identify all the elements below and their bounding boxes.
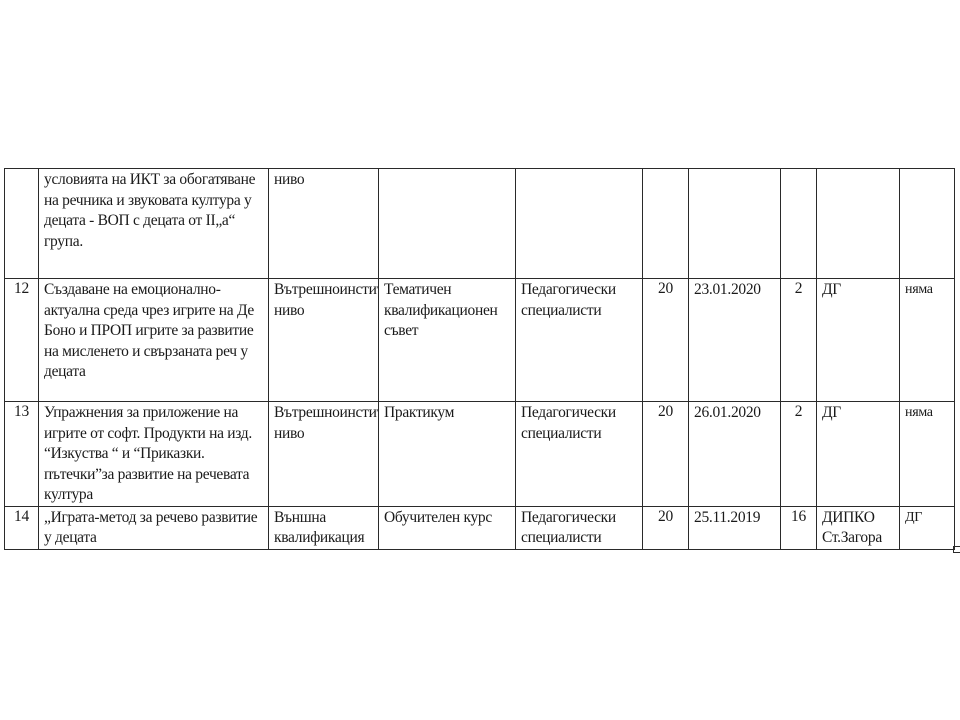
row-number: 13 <box>5 402 39 507</box>
row-number: 12 <box>5 279 39 402</box>
participants-count-cell: 20 <box>643 506 689 549</box>
table-row: 14 „Играта-метод за речево развитие у де… <box>5 506 955 549</box>
topic-cell: Създаване на емоционално-актуална среда … <box>39 279 269 402</box>
date-cell: 23.01.2020 <box>689 279 781 402</box>
hours-cell <box>781 169 817 279</box>
level-cell: Външна квалификация <box>269 506 379 549</box>
qualification-plan-table: условията на ИКТ за обогатяване на речни… <box>4 168 955 550</box>
table-resize-handle[interactable] <box>953 546 960 553</box>
audience-cell: Педагогически специалисти <box>516 506 643 549</box>
form-cell: Обучителен курс <box>379 506 516 549</box>
audience-cell: Педагогически специалисти <box>516 279 643 402</box>
date-cell: 26.01.2020 <box>689 402 781 507</box>
topic-cell: условията на ИКТ за обогатяване на речни… <box>39 169 269 279</box>
form-cell <box>379 169 516 279</box>
row-number <box>5 169 39 279</box>
topic-cell: „Играта-метод за речево развитие у децат… <box>39 506 269 549</box>
hours-cell: 2 <box>781 402 817 507</box>
funding-cell: ДГ <box>900 506 955 549</box>
row-number: 14 <box>5 506 39 549</box>
topic-cell: Упражнения за приложение на игрите от со… <box>39 402 269 507</box>
hours-cell: 16 <box>781 506 817 549</box>
funding-cell: няма <box>900 402 955 507</box>
funding-cell <box>900 169 955 279</box>
organizer-cell: ДГ <box>817 279 900 402</box>
audience-cell: Педагогически специалисти <box>516 402 643 507</box>
participants-count-cell: 20 <box>643 402 689 507</box>
organizer-cell: ДИПКО Ст.Загора <box>817 506 900 549</box>
participants-count-cell: 20 <box>643 279 689 402</box>
level-cell: Вътрешноинституционално ниво <box>269 402 379 507</box>
table-row: 12 Създаване на емоционално-актуална сре… <box>5 279 955 402</box>
funding-cell: няма <box>900 279 955 402</box>
date-cell <box>689 169 781 279</box>
level-cell: ниво <box>269 169 379 279</box>
level-cell: Вътрешноинституционално ниво <box>269 279 379 402</box>
form-cell: Практикум <box>379 402 516 507</box>
participants-count-cell <box>643 169 689 279</box>
organizer-cell <box>817 169 900 279</box>
hours-cell: 2 <box>781 279 817 402</box>
table-row: 13 Упражнения за приложение на игрите от… <box>5 402 955 507</box>
slide-page: условията на ИКТ за обогатяване на речни… <box>0 0 960 720</box>
form-cell: Тематичен квалификационен съвет <box>379 279 516 402</box>
audience-cell <box>516 169 643 279</box>
organizer-cell: ДГ <box>817 402 900 507</box>
table-row: условията на ИКТ за обогатяване на речни… <box>5 169 955 279</box>
date-cell: 25.11.2019 <box>689 506 781 549</box>
